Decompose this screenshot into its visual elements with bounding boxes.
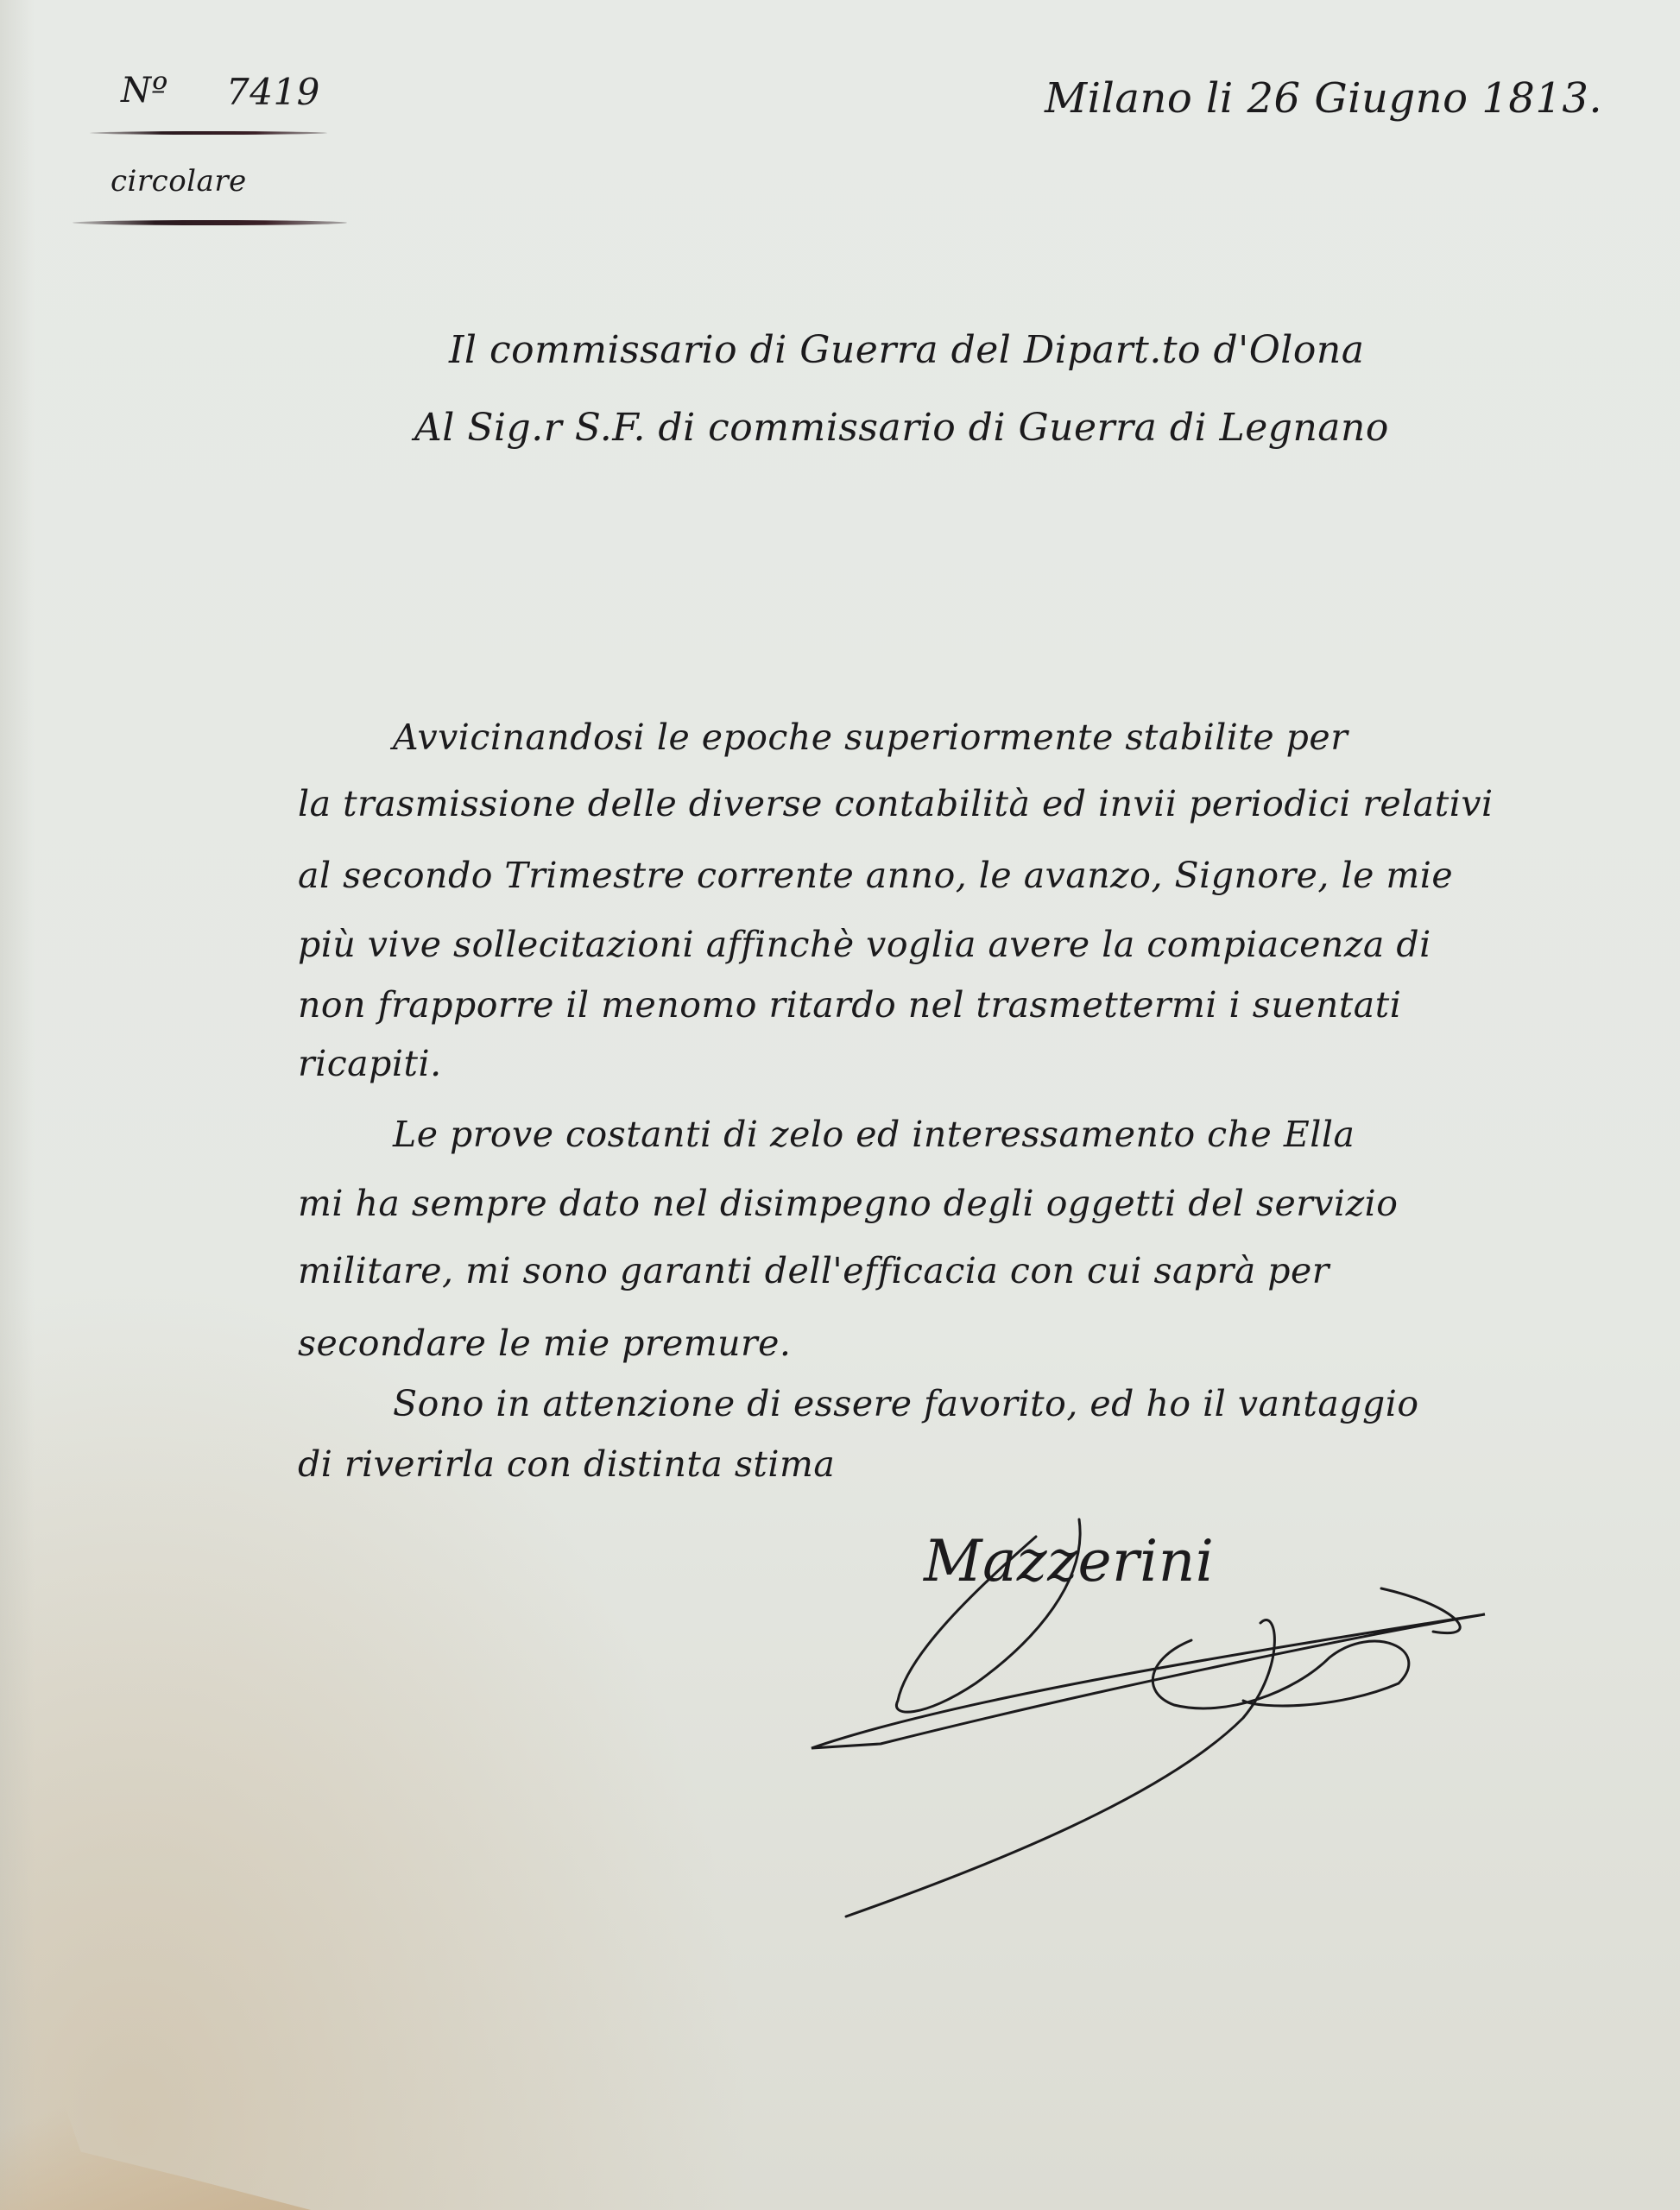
signature-flourish-icon (777, 1485, 1511, 1934)
body-line: la trasmissione delle diverse contabilit… (298, 783, 1494, 824)
paper-edge-shadow (0, 0, 35, 2210)
body-line: Le prove costanti di zelo ed interessame… (393, 1114, 1355, 1155)
body-line: al secondo Trimestre corrente anno, le a… (298, 855, 1453, 896)
sender-line: Il commissario di Guerra del Dipart.to d… (449, 328, 1364, 372)
body-line: mi ha sempre dato nel disimpegno degli o… (298, 1183, 1398, 1224)
protocol-underline (90, 131, 327, 135)
protocol-number: 7419 (226, 71, 320, 113)
body-line: militare, mi sono garanti dell'efficacia… (298, 1250, 1329, 1291)
body-line: non frapporre il menomo ritardo nel tras… (298, 984, 1401, 1026)
document-kind-underline (73, 220, 347, 225)
place-date: Milano li 26 Giugno 1813. (1045, 74, 1602, 123)
recipient-line: Al Sig.r S.F. di commissario di Guerra d… (414, 406, 1389, 450)
body-line: Avvicinandosi le epoche superiormente st… (393, 717, 1348, 758)
body-line: ricapiti. (298, 1043, 442, 1084)
body-line: secondare le mie premure. (298, 1323, 791, 1364)
body-line: di riverirla con distinta stima (298, 1443, 835, 1485)
body-line: più vive sollecitazioni affinchè voglia … (298, 924, 1431, 965)
protocol-label: Nº (121, 71, 168, 110)
document-kind: circolare (111, 164, 247, 199)
signature-flourish (777, 1485, 1511, 1934)
body-line: Sono in attenzione di essere favorito, e… (393, 1383, 1419, 1424)
